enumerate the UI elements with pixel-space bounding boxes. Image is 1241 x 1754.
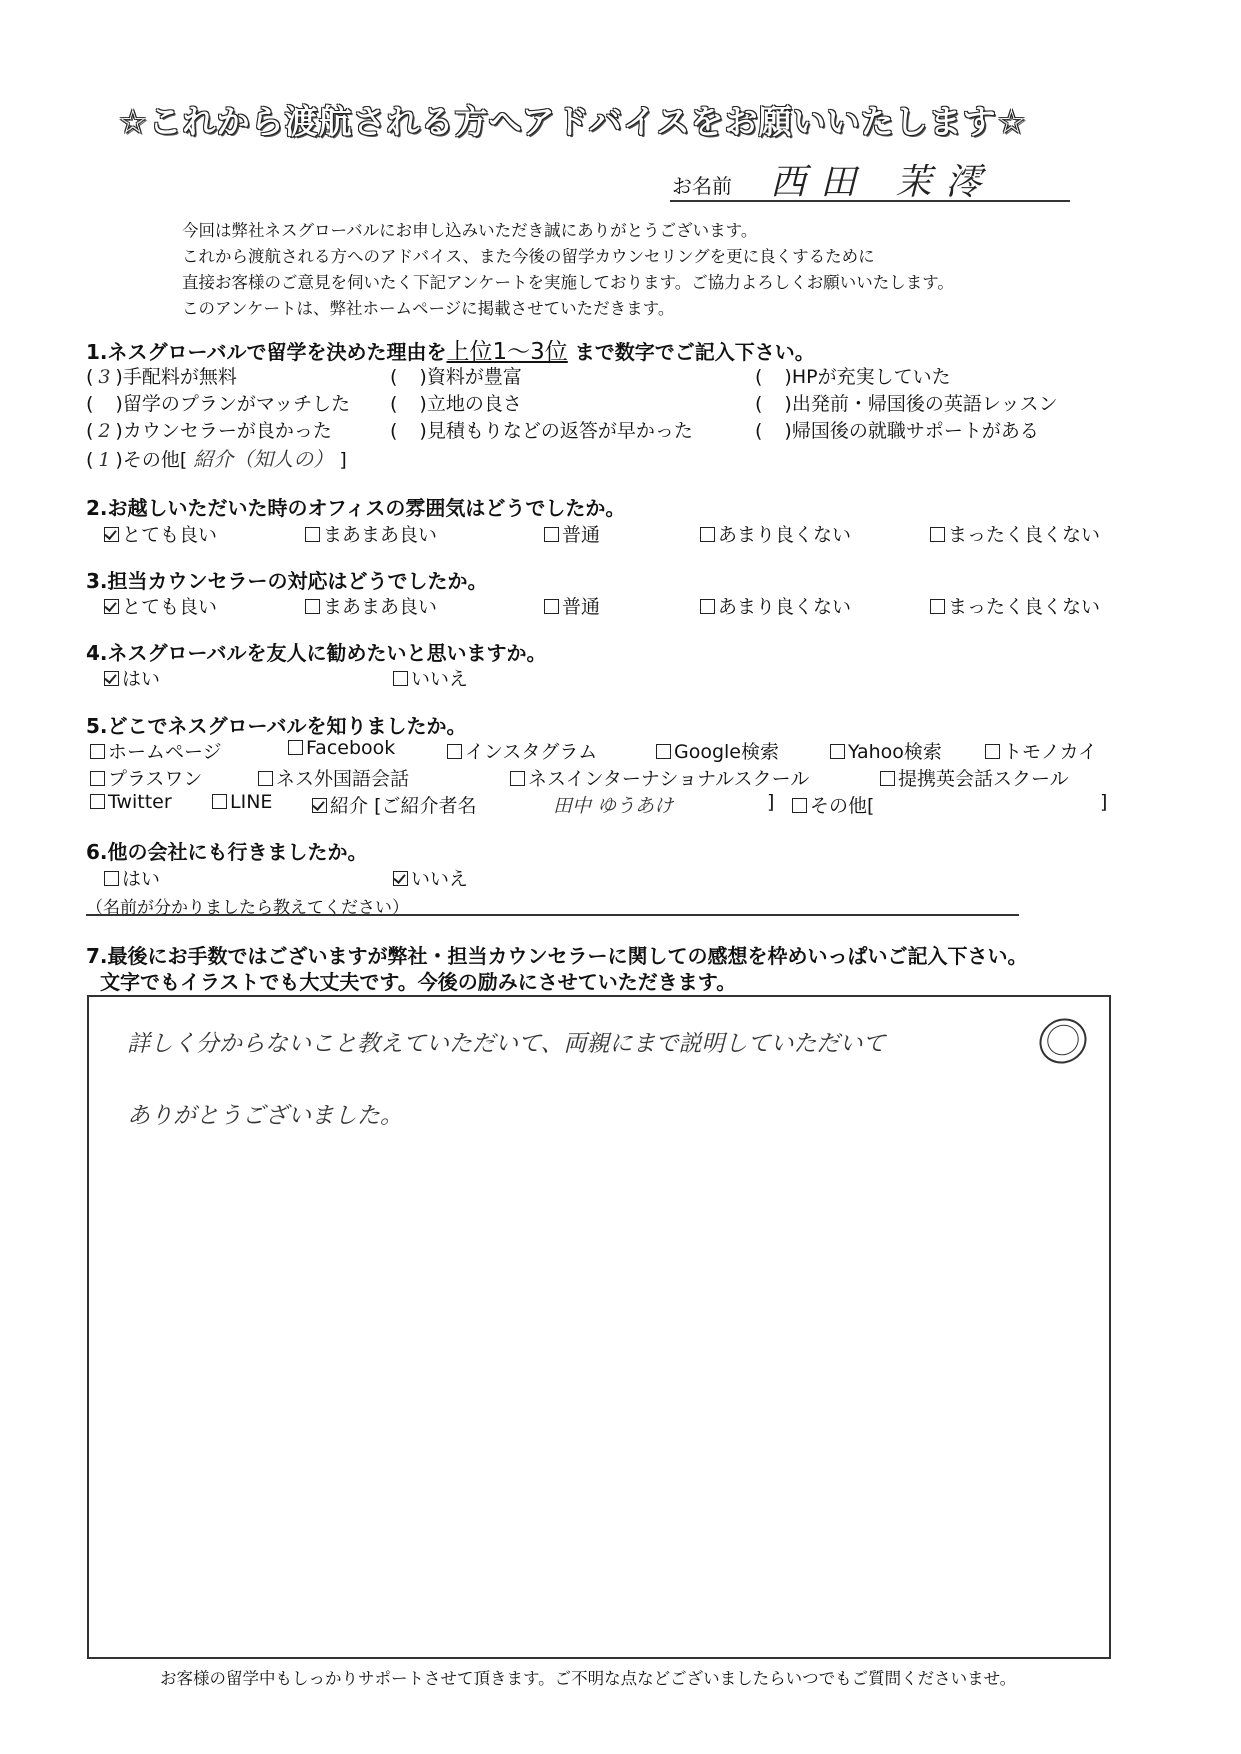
- q3-option-1[interactable]: とても良い: [104, 592, 217, 619]
- q1-option[interactable]: ()HPが充実していた: [755, 362, 951, 389]
- q3-title: 3.担当カウンセラーの対応はどうでしたか。: [86, 565, 488, 594]
- q4-option-no[interactable]: いいえ: [393, 664, 468, 691]
- q1-rank[interactable]: 1: [93, 449, 115, 471]
- checkbox-icon[interactable]: [985, 744, 1000, 759]
- checkbox-icon[interactable]: [830, 744, 845, 759]
- q4-option-yes[interactable]: はい: [104, 664, 160, 691]
- q5-other-close: ]: [1100, 791, 1107, 813]
- checkbox-icon[interactable]: [90, 771, 105, 786]
- q3-option-3[interactable]: 普通: [544, 592, 600, 619]
- checkbox-checked-icon[interactable]: [104, 599, 119, 614]
- q1-option[interactable]: ()留学のプランがマッチした: [86, 389, 350, 416]
- q6-name-line[interactable]: [86, 914, 1019, 916]
- q1-other-value[interactable]: 紹介（知人の）: [193, 447, 333, 471]
- checkbox-icon[interactable]: [447, 744, 462, 759]
- q5-option-referral[interactable]: 紹介 [ご紹介者名: [312, 791, 476, 818]
- checkbox-icon[interactable]: [288, 740, 303, 755]
- referrer-close: ]: [767, 791, 774, 813]
- referrer-value[interactable]: 田中 ゆうあけ: [553, 791, 673, 818]
- q2-option-2[interactable]: まあまあ良い: [305, 520, 437, 547]
- intro-text: 今回は弊社ネスグローバルにお申し込みいただき誠にありがとうございます。 これから…: [182, 218, 954, 322]
- checkbox-checked-icon[interactable]: [104, 671, 119, 686]
- q6-title: 6.他の会社にも行きましたか。: [86, 836, 368, 865]
- name-label: お名前: [672, 170, 732, 199]
- q3-option-4[interactable]: あまり良くない: [700, 592, 851, 619]
- checkbox-icon[interactable]: [656, 744, 671, 759]
- q1-option-other[interactable]: (1)その他[ 紹介（知人の） ]: [86, 443, 347, 472]
- q1-option[interactable]: ()資料が豊富: [390, 362, 522, 389]
- q5-option-other[interactable]: その他[: [792, 791, 874, 818]
- q7-title-line1: 7.最後にお手数ではございますが弊社・担当カウンセラーに関しての感想を枠めいっぱ…: [86, 940, 1028, 969]
- q5-option[interactable]: Facebook: [288, 737, 395, 759]
- checkbox-icon[interactable]: [393, 671, 408, 686]
- q2-option-3[interactable]: 普通: [544, 520, 600, 547]
- q2-option-4[interactable]: あまり良くない: [700, 520, 851, 547]
- checkbox-checked-icon[interactable]: [312, 798, 327, 813]
- q5-title: 5.どこでネスグローバルを知りましたか。: [86, 710, 467, 739]
- q1-rank[interactable]: 3: [93, 366, 115, 388]
- checkbox-checked-icon[interactable]: [104, 527, 119, 542]
- checkbox-icon[interactable]: [104, 871, 119, 886]
- q1-option[interactable]: (3)手配料が無料: [86, 362, 237, 389]
- checkbox-icon[interactable]: [700, 599, 715, 614]
- intro-line: 今回は弊社ネスグローバルにお申し込みいただき誠にありがとうございます。: [182, 218, 954, 244]
- checkbox-checked-icon[interactable]: [393, 871, 408, 886]
- q1-option[interactable]: (2)カウンセラーが良かった: [86, 416, 332, 443]
- checkbox-icon[interactable]: [700, 527, 715, 542]
- q1-option[interactable]: ()帰国後の就職サポートがある: [755, 416, 1039, 443]
- name-field[interactable]: お名前 西田 茉澪: [670, 160, 1070, 202]
- q5-option[interactable]: Google検索: [656, 737, 779, 764]
- q2-title: 2.お越しいただいた時のオフィスの雰囲気はどうでしたか。: [86, 492, 625, 521]
- page-title: ☆これから渡航される方へアドバイスをお願いいたします☆: [118, 96, 1027, 143]
- checkbox-icon[interactable]: [305, 527, 320, 542]
- q1-option[interactable]: ()立地の良さ: [390, 389, 522, 416]
- q1-rank[interactable]: 2: [93, 420, 115, 442]
- checkbox-icon[interactable]: [258, 771, 273, 786]
- checkbox-icon[interactable]: [544, 527, 559, 542]
- footer-text: お客様の留学中もしっかりサポートさせて頂きます。ご不明な点などございましたらいつ…: [160, 1665, 1016, 1689]
- checkbox-icon[interactable]: [880, 771, 895, 786]
- checkbox-icon[interactable]: [90, 744, 105, 759]
- q5-option[interactable]: ホームページ: [90, 737, 222, 764]
- checkbox-icon[interactable]: [930, 599, 945, 614]
- q5-option[interactable]: ネスインターナショナルスクール: [510, 764, 809, 791]
- intro-line: このアンケートは、弊社ホームページに掲載させていただきます。: [182, 296, 954, 322]
- q4-title: 4.ネスグローバルを友人に勧めたいと思いますか。: [86, 637, 547, 666]
- comment-line: 詳しく分からないこと教えていただいて、両親にまで説明していただいて: [127, 1025, 886, 1058]
- q2-option-1[interactable]: とても良い: [104, 520, 217, 547]
- q6-option-no[interactable]: いいえ: [393, 864, 468, 891]
- q3-option-5[interactable]: まったく良くない: [930, 592, 1100, 619]
- intro-line: これから渡航される方へのアドバイス、また今後の留学カウンセリングを更に良くするた…: [182, 244, 954, 270]
- q2-option-5[interactable]: まったく良くない: [930, 520, 1100, 547]
- q5-option[interactable]: 提携英会話スクール: [880, 764, 1069, 791]
- checkbox-icon[interactable]: [510, 771, 525, 786]
- q1-option[interactable]: ()出発前・帰国後の英語レッスン: [755, 389, 1058, 416]
- referrer-label: [ご紹介者名: [374, 795, 476, 817]
- q6-option-yes[interactable]: はい: [104, 864, 160, 891]
- q5-option[interactable]: Twitter: [90, 791, 172, 813]
- q5-option[interactable]: プラスワン: [90, 764, 202, 791]
- comment-box[interactable]: 詳しく分からないこと教えていただいて、両親にまで説明していただいて ありがとうご…: [87, 995, 1111, 1659]
- q5-option[interactable]: Yahoo検索: [830, 737, 942, 764]
- q5-option[interactable]: インスタグラム: [447, 737, 597, 764]
- q5-option[interactable]: ネス外国語会話: [258, 764, 409, 791]
- checkbox-icon[interactable]: [90, 794, 105, 809]
- q3-option-2[interactable]: まあまあ良い: [305, 592, 437, 619]
- q5-option[interactable]: トモノカイ: [985, 737, 1097, 764]
- checkbox-icon[interactable]: [930, 527, 945, 542]
- checkbox-icon[interactable]: [544, 599, 559, 614]
- q7-title-line2: 文字でもイラストでも大丈夫です。今後の励みにさせていただきます。: [100, 966, 736, 995]
- name-value: 西田 茉澪: [770, 154, 995, 205]
- checkbox-icon[interactable]: [792, 798, 807, 813]
- comment-line: ありがとうございました。: [127, 1097, 403, 1130]
- q5-option[interactable]: LINE: [212, 791, 272, 813]
- checkbox-icon[interactable]: [212, 794, 227, 809]
- q1-option[interactable]: ()見積もりなどの返答が早かった: [390, 416, 693, 443]
- intro-line: 直接お客様のご意見を伺いたく下記アンケートを実施しております。ご協力よろしくお願…: [182, 270, 954, 296]
- checkbox-icon[interactable]: [305, 599, 320, 614]
